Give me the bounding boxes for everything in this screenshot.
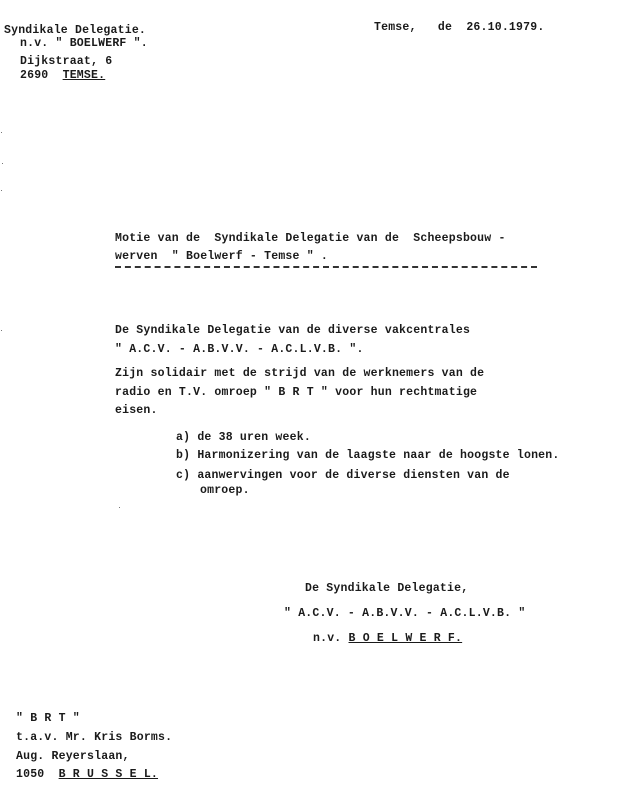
sender-street: Dijkstraat, 6 (20, 55, 112, 68)
demand-item: b) Harmonizering van de laagste naar de … (176, 449, 559, 462)
subject-line-1: Motie van de Syndikale Delegatie van de … (115, 232, 506, 245)
recipient-line-1: " B R T " (16, 712, 80, 725)
recipient-city: B R U S S E L. (59, 768, 158, 781)
sender-city: TEMSE. (63, 69, 106, 82)
scan-speck (2, 163, 3, 164)
signature-line-1: De Syndikale Delegatie, (305, 582, 468, 595)
recipient-line-3: Aug. Reyerslaan, (16, 750, 130, 763)
recipient-postcode: 1050 (16, 768, 44, 781)
paragraph-line-1: Zijn solidair met de strijd van de werkn… (115, 367, 484, 380)
scan-speck (119, 507, 120, 508)
paragraph-line-2: radio en T.V. omroep " B R T " voor hun … (115, 386, 477, 399)
sender-line-2: n.v. " BOELWERF ". (20, 37, 148, 50)
signature-company: B O E L W E R F. (349, 632, 463, 645)
date-line: Temse, de 26.10.1979. (374, 21, 544, 34)
sender-line-1: Syndikale Delegatie. (4, 24, 146, 37)
intro-line-1: De Syndikale Delegatie van de diverse va… (115, 324, 470, 337)
paragraph-line-3: eisen. (115, 404, 158, 417)
signature-line-2: " A.C.V. - A.B.V.V. - A.C.L.V.B. " (284, 607, 525, 620)
sender-postcode: 2690 (20, 69, 48, 82)
subject-separator (115, 266, 537, 268)
signature-prefix: n.v. (313, 632, 341, 645)
subject-line-2: werven " Boelwerf - Temse " . (115, 250, 328, 263)
demand-item: a) de 38 uren week. (176, 431, 311, 444)
sender-city-line: 2690 TEMSE. (20, 69, 105, 82)
recipient-line-2: t.a.v. Mr. Kris Borms. (16, 731, 172, 744)
demand-item-continuation: omroep. (200, 484, 250, 497)
signature-company-line: n.v. B O E L W E R F. (313, 632, 462, 645)
scan-speck (1, 190, 2, 191)
scan-speck (1, 330, 2, 331)
demand-item: c) aanwervingen voor de diverse diensten… (176, 469, 510, 482)
recipient-city-line: 1050 B R U S S E L. (16, 768, 158, 781)
intro-line-2: " A.C.V. - A.B.V.V. - A.C.L.V.B. ". (115, 343, 364, 356)
scan-speck (1, 132, 2, 133)
